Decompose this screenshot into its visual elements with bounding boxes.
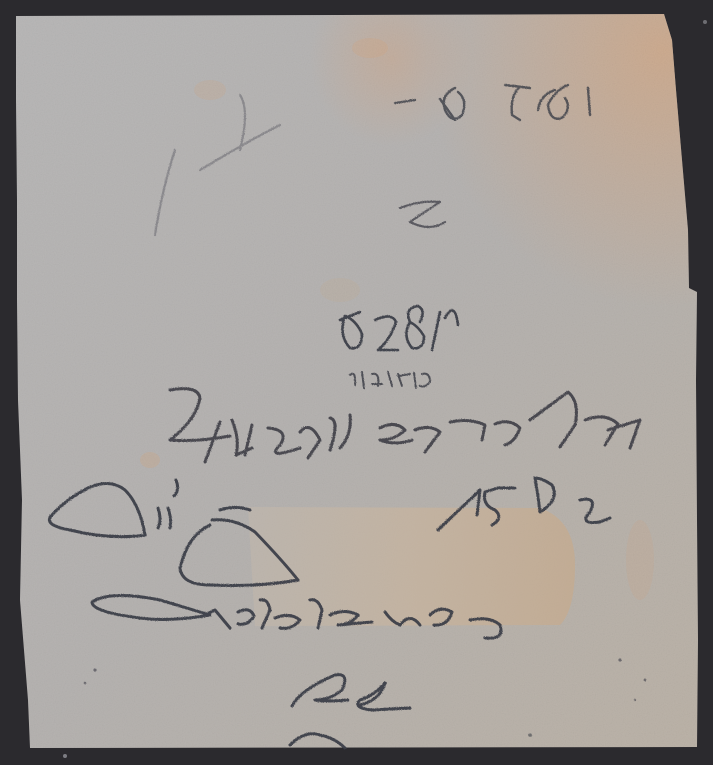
backdrop-speck	[703, 20, 707, 24]
photo-scene	[0, 0, 713, 765]
hinge-remnant	[248, 507, 575, 626]
backdrop-speck-2	[63, 754, 67, 758]
paper-fragment	[16, 14, 698, 748]
